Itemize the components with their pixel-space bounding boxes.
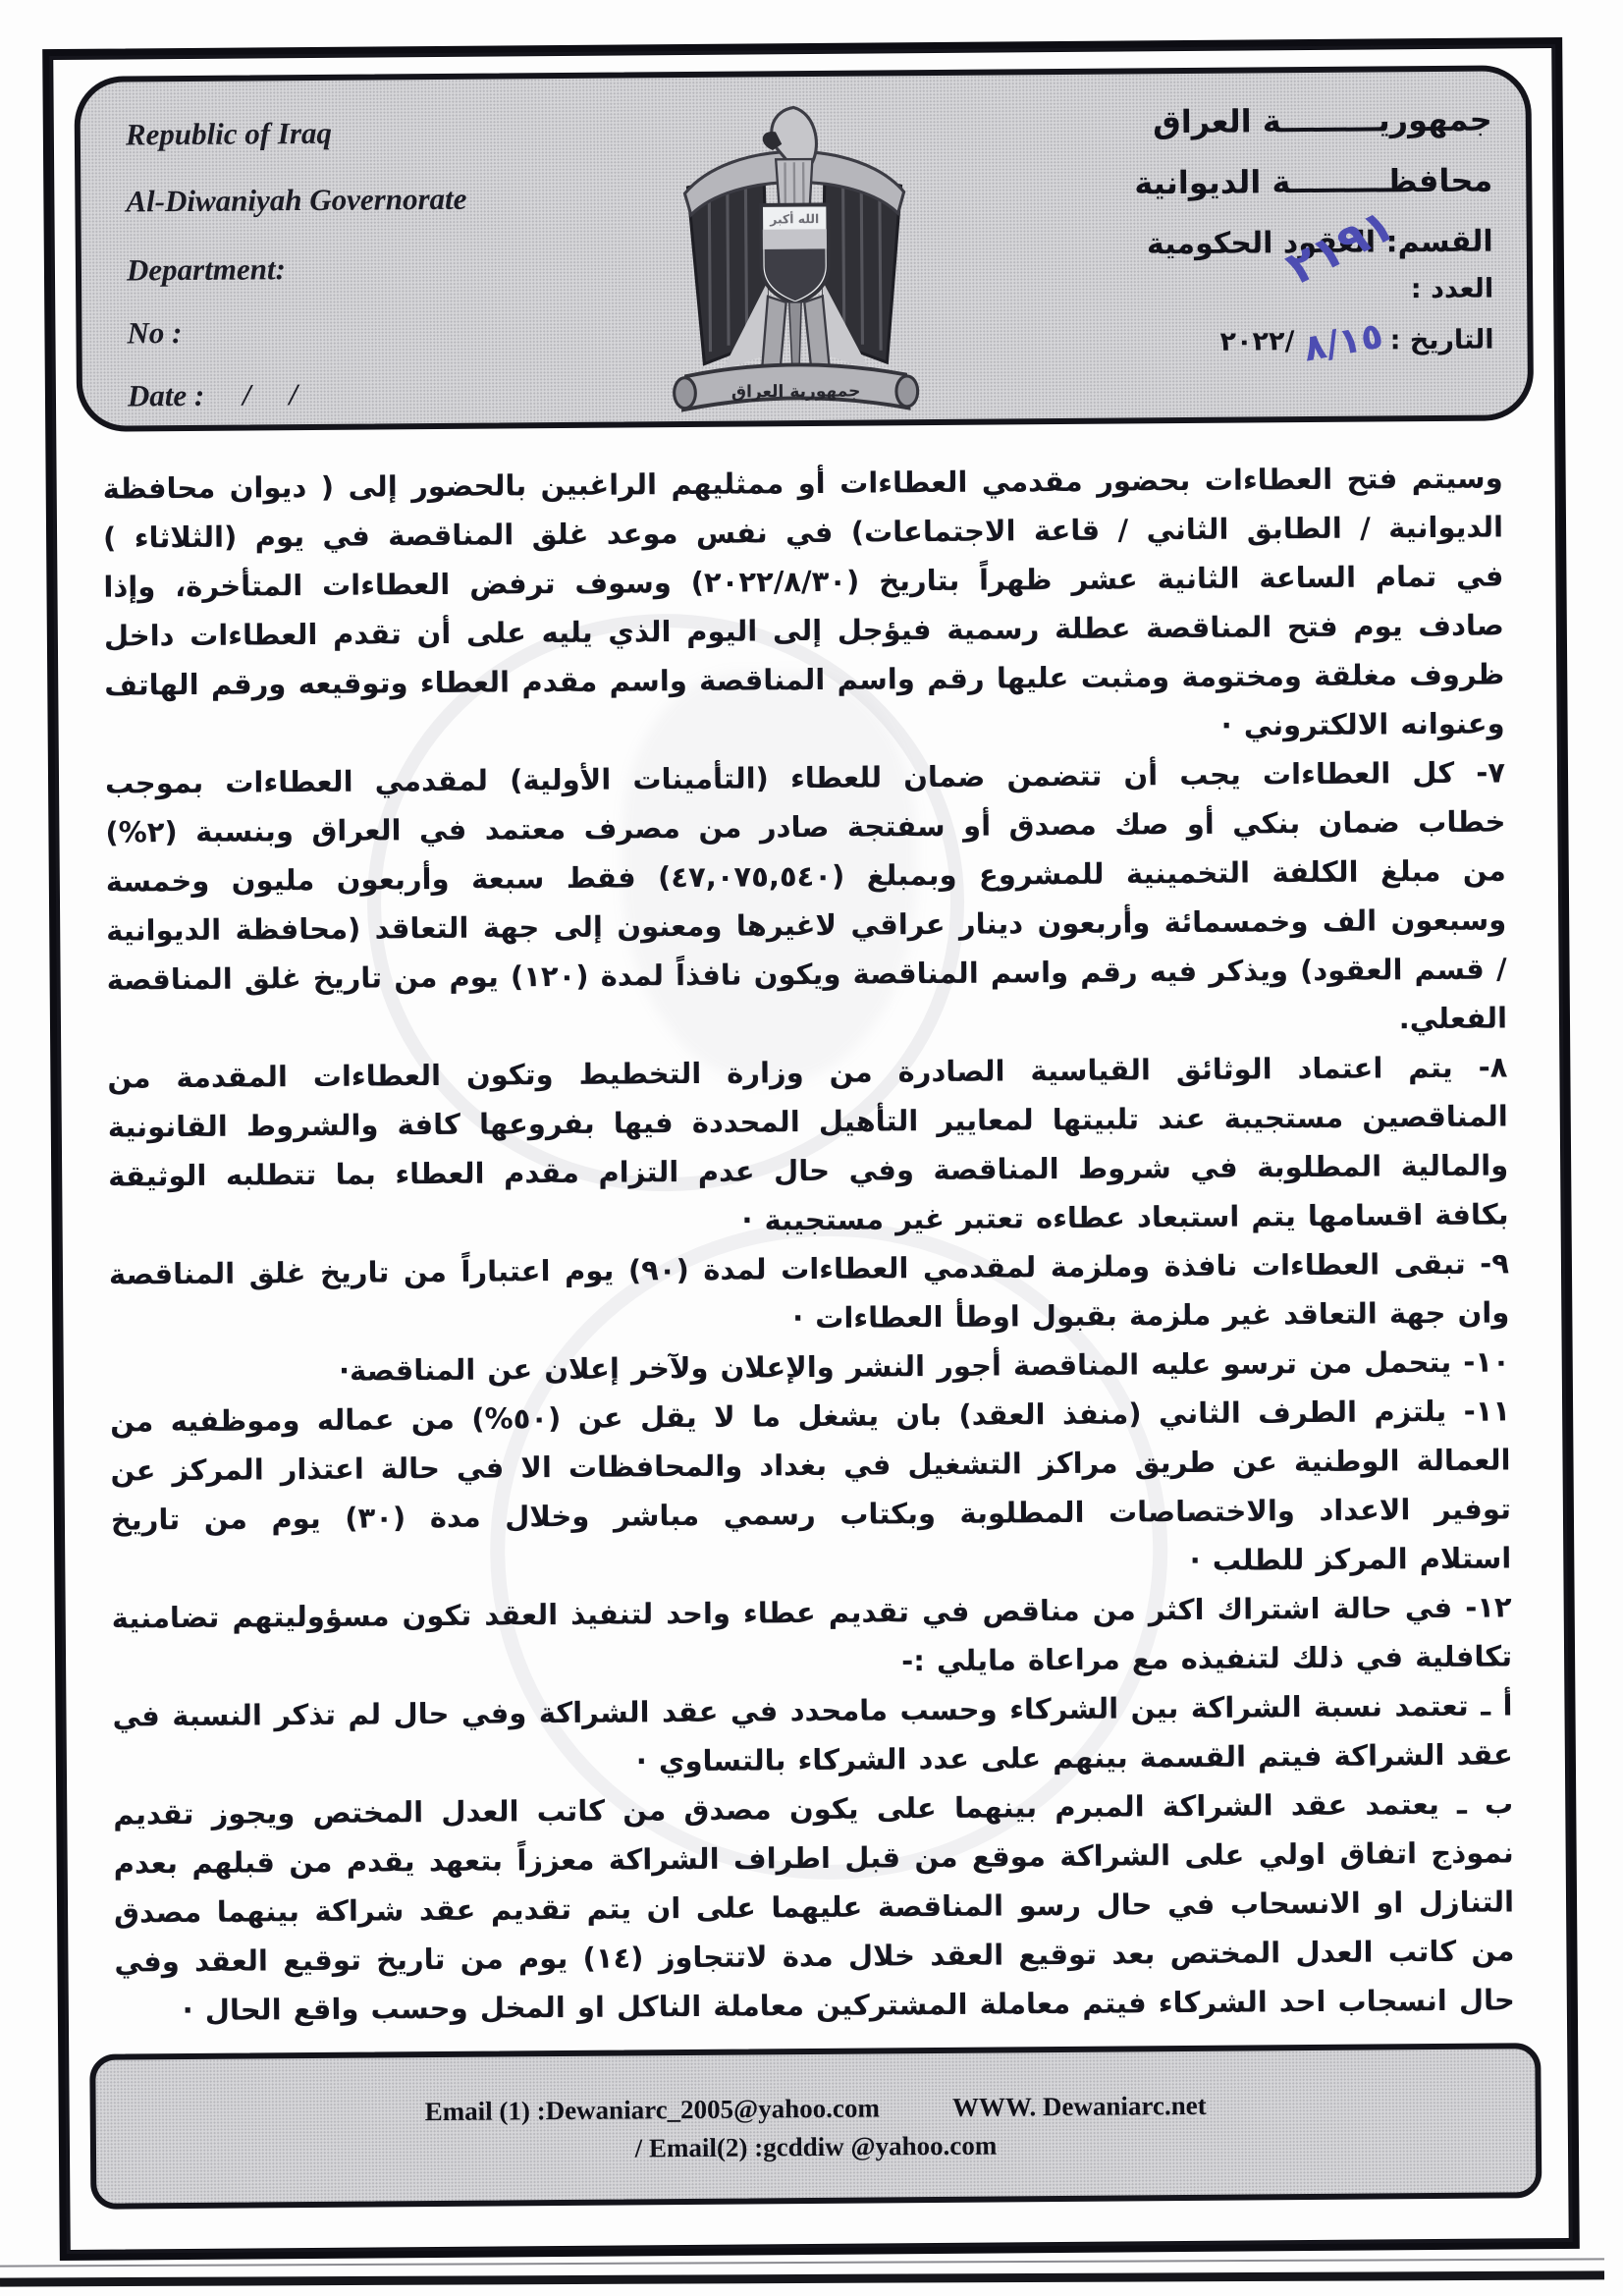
document-number-label: : العدد [1411, 274, 1494, 305]
footer-contact-box: Email (1) :Dewaniarc_2005@yahoo.com WWW.… [89, 2043, 1542, 2210]
footer-line-1: Email (1) :Dewaniarc_2005@yahoo.com WWW.… [96, 2088, 1536, 2130]
document-content: Republic of Iraq Al-Diwaniyah Governorat… [66, 57, 1555, 2241]
document-date-label: : التاريخ [1390, 325, 1494, 356]
scanned-document-page: Republic of Iraq Al-Diwaniyah Governorat… [0, 0, 1623, 2296]
handwritten-document-number: ٢١٩١ [1278, 197, 1403, 296]
department-name-ar: القسم: العقود الحكومية [1042, 225, 1493, 263]
footer-email-2: / Email(2) :gcddiw @yahoo.com [635, 2131, 998, 2164]
tender-conditions-text: وسيتم فتح العطاءات بحضور مقدمي العطاءات … [103, 453, 1516, 2035]
body-line: حال انسجاب احد الشركاء فيتم معاملة المشت… [115, 1975, 1515, 2035]
document-scan-area: Republic of Iraq Al-Diwaniyah Governorat… [42, 37, 1580, 2261]
governorate-name-ar: محافظـــــــــة الديوانية [1041, 162, 1492, 203]
handwritten-day-month: ٨/١٥ [1300, 314, 1386, 370]
footer-website: WWW. Dewaniarc.net [952, 2091, 1207, 2123]
printed-year: ٢٠٢٢/ [1219, 326, 1294, 357]
document-number-field: : العدد [1411, 274, 1494, 305]
document-inner-frame: Republic of Iraq Al-Diwaniyah Governorat… [49, 44, 1573, 2254]
document-date-field: ٢٠٢٢/ ٨/١٥ : التاريخ [1219, 315, 1493, 359]
scanner-edge-line [0, 2258, 1604, 2267]
footer-email-1: Email (1) :Dewaniarc_2005@yahoo.com [425, 2093, 881, 2127]
country-name-ar: جمهوريـــــــــة العراق [1041, 101, 1492, 142]
arabic-letterhead: جمهوريـــــــــة العراق محافظـــــــــة … [80, 72, 1494, 426]
scanner-edge-band [0, 2270, 1604, 2286]
footer-line-2: / Email(2) :gcddiw @yahoo.com [96, 2126, 1536, 2168]
letterhead-box: Republic of Iraq Al-Diwaniyah Governorat… [74, 65, 1534, 432]
